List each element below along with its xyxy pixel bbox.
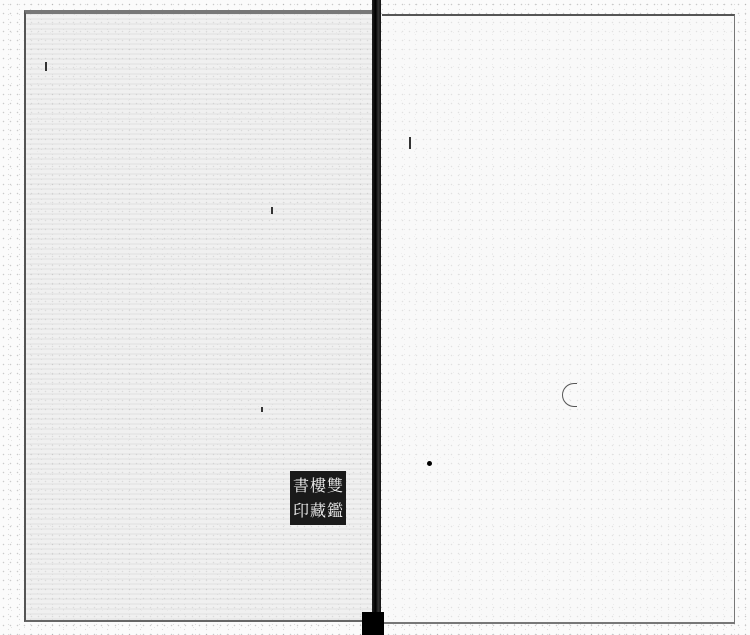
scan-background: 書 樓 雙 印 藏 鑑: [0, 0, 750, 635]
ink-speck: [271, 207, 273, 214]
book-spine: [372, 0, 381, 635]
seal-char: 雙: [327, 474, 343, 498]
ink-speck: [45, 62, 47, 71]
seal-char: 藏: [310, 499, 326, 523]
spine-base: [362, 612, 384, 635]
seal-char: 書: [293, 474, 309, 498]
seal-char: 樓: [310, 474, 326, 498]
collector-seal-stamp: 書 樓 雙 印 藏 鑑: [290, 471, 346, 525]
left-page: [24, 10, 376, 622]
ink-dot: [427, 461, 432, 466]
seal-char: 印: [293, 499, 309, 523]
ink-speck: [261, 407, 263, 412]
ink-speck: [409, 137, 411, 149]
seal-char: 鑑: [327, 499, 343, 523]
right-page: [382, 14, 735, 624]
